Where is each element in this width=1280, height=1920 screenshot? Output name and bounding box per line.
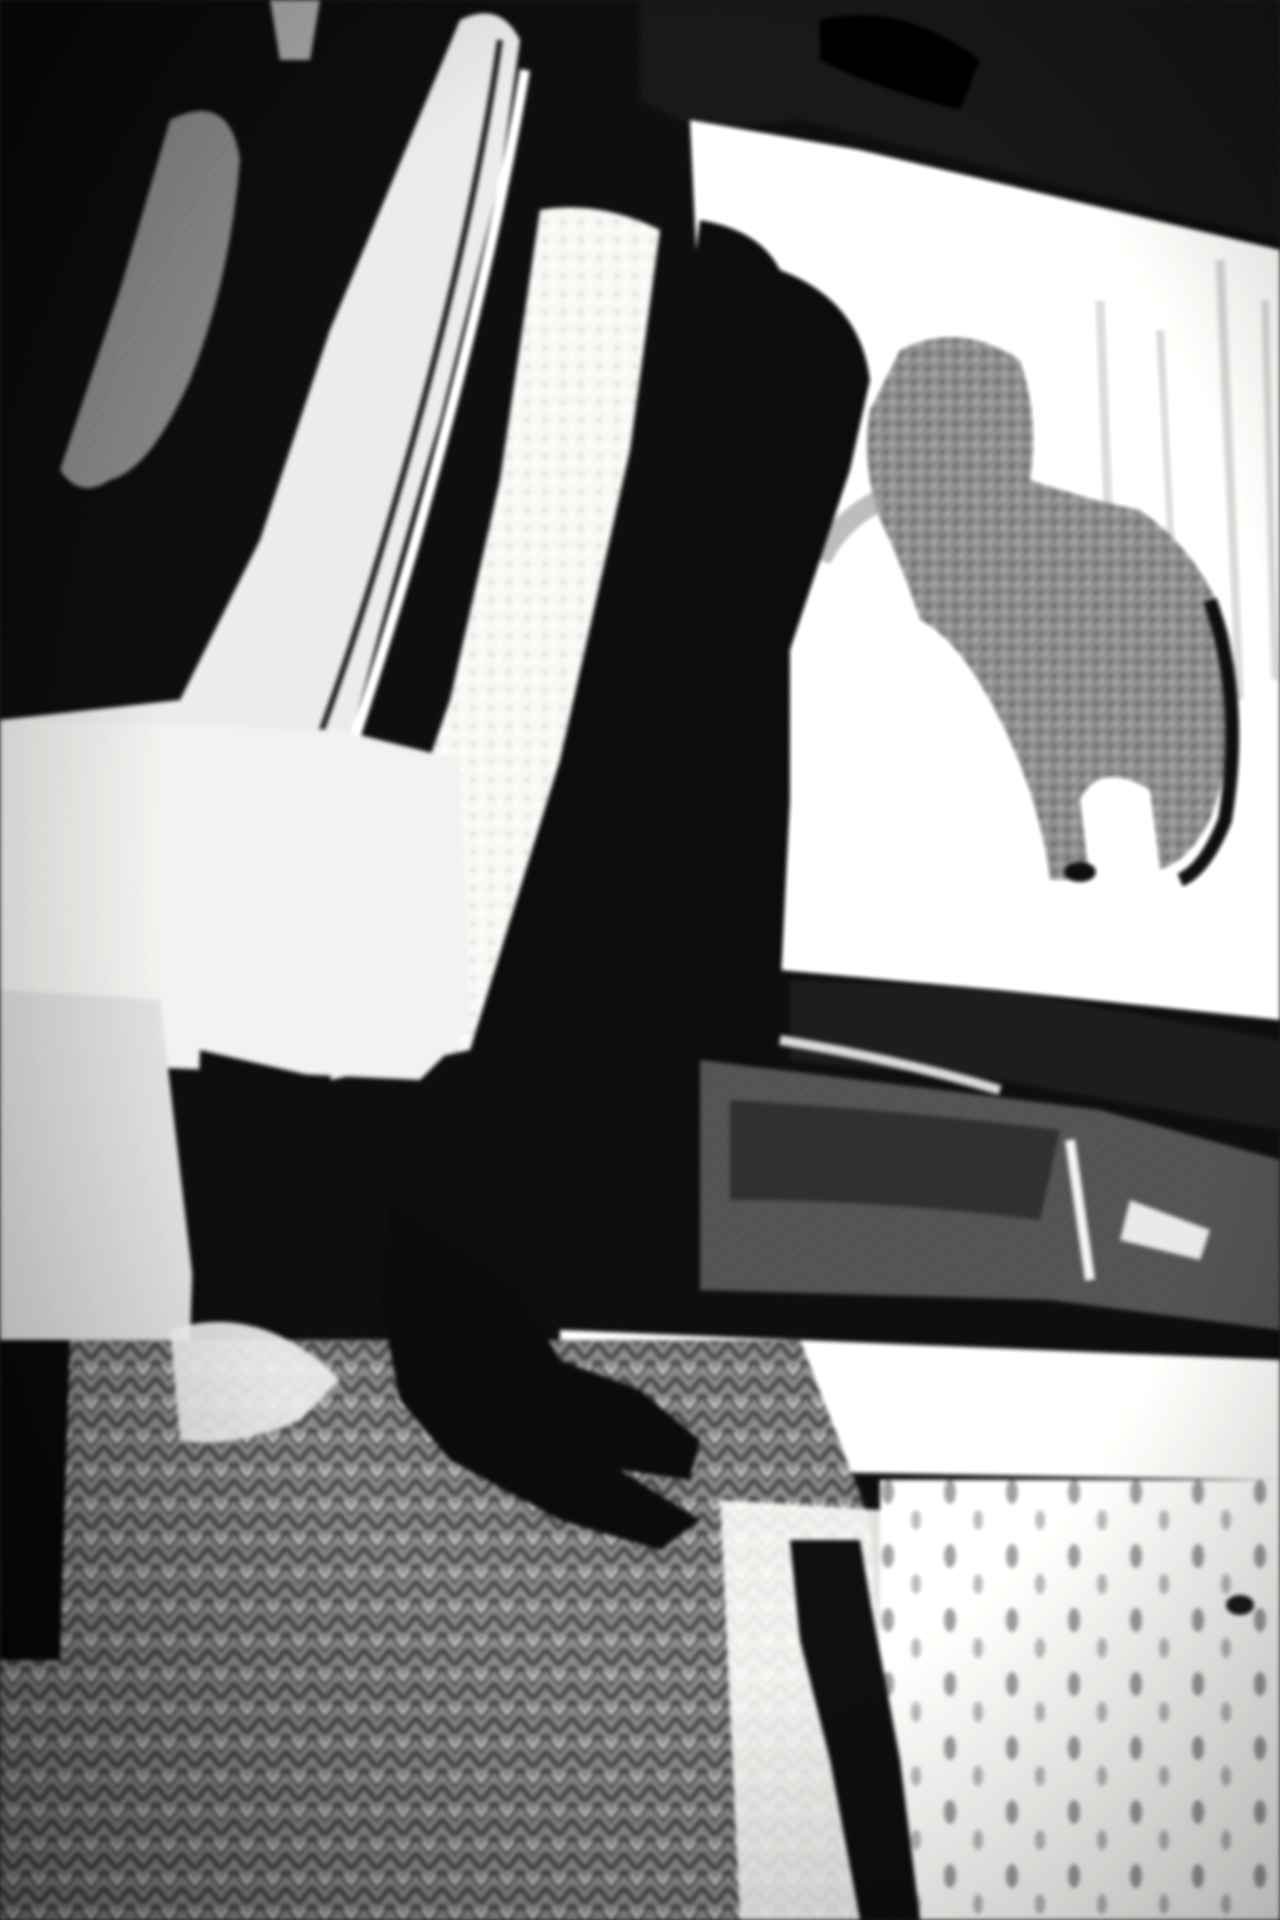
photograph — [0, 0, 1280, 1920]
dotted-pattern-area — [880, 1480, 1280, 1920]
photo-composition — [0, 0, 1280, 1920]
